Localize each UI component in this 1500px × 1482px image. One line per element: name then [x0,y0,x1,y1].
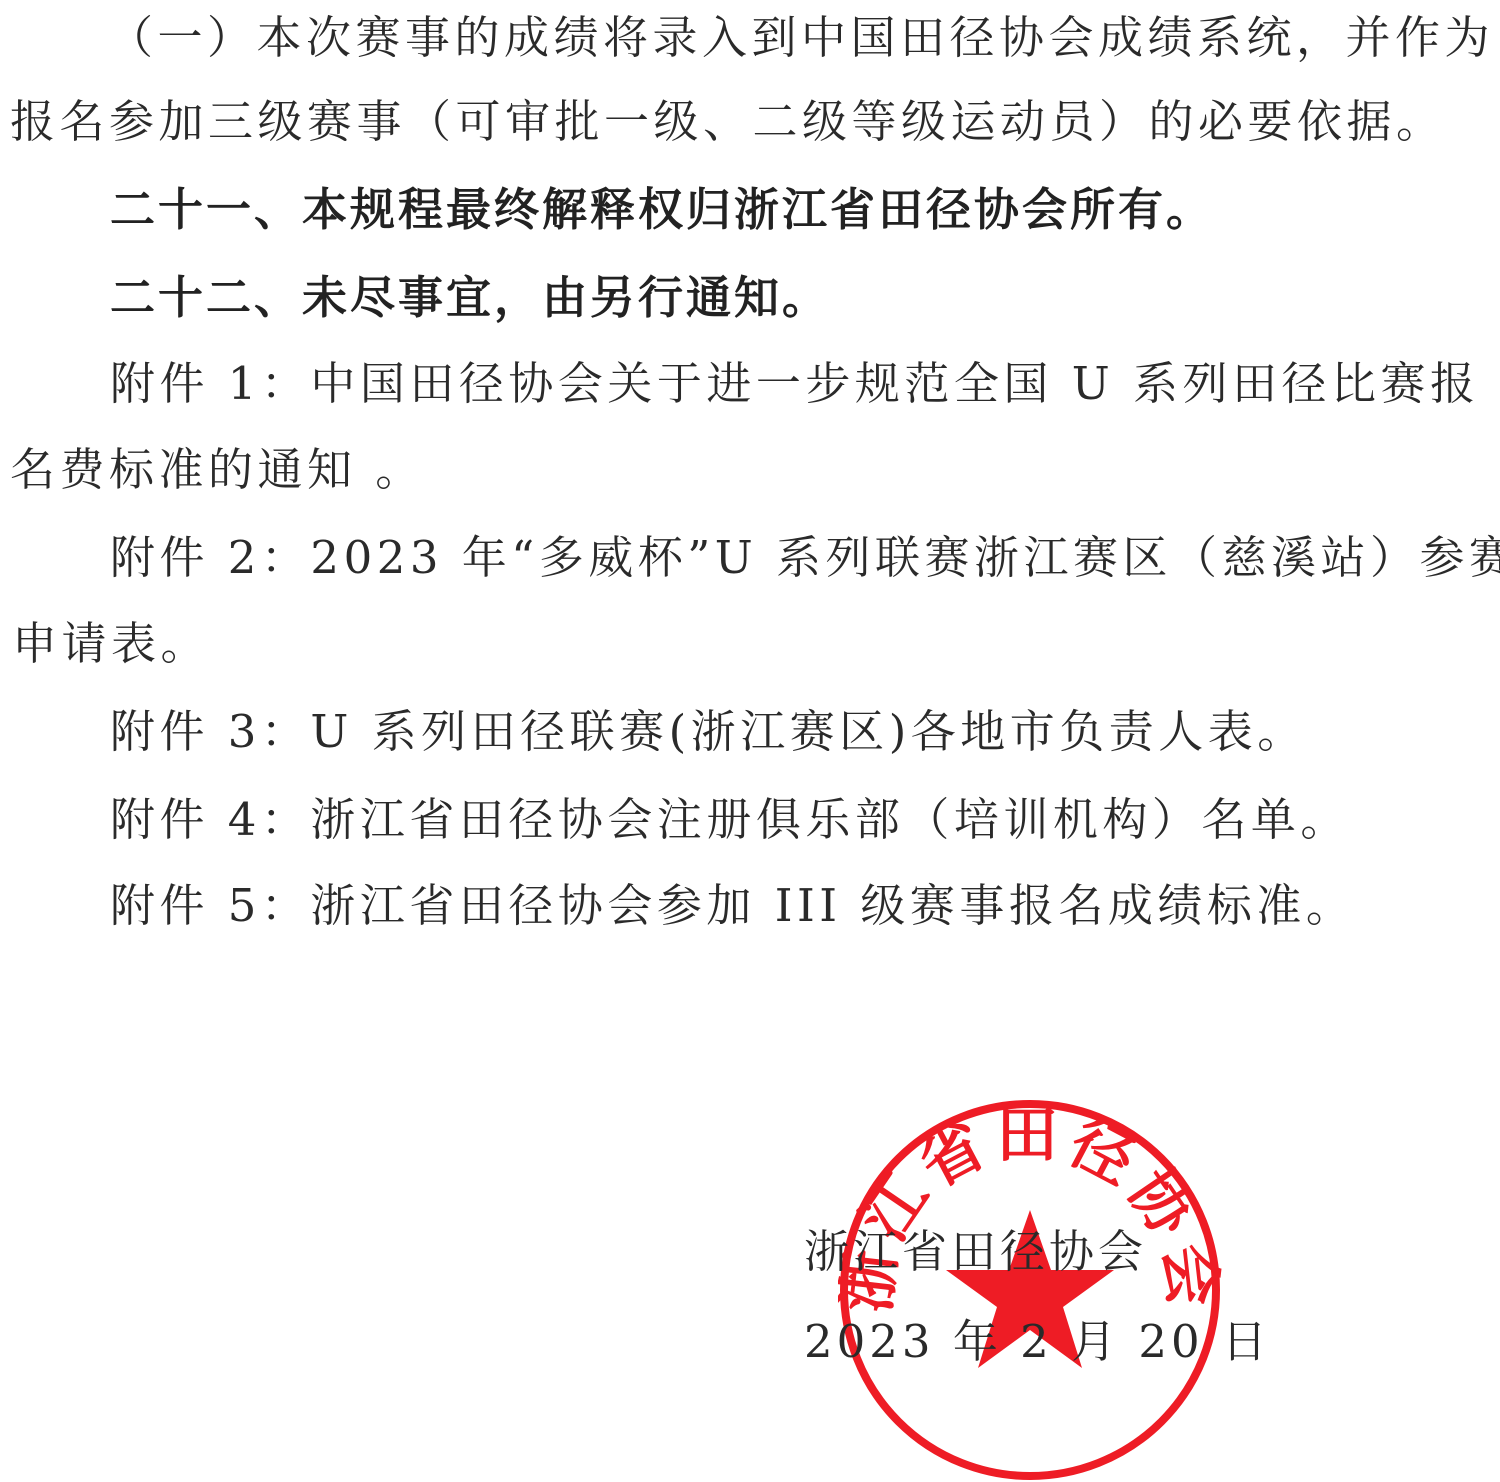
signature-organization: 浙江省田径协会 [804,1222,1147,1282]
article-21: 二十一、本规程最终解释权归浙江省田径协会所有。 [110,180,1214,240]
article-22: 二十二、未尽事宜，由另行通知。 [110,268,830,328]
attachment-1-line-2: 名费标准的通知 。 [10,440,425,500]
attachment-4: 附件 4：浙江省田径协会注册俱乐部（培训机构）名单。 [110,790,1350,850]
attachment-2-line-2: 申请表。 [12,614,210,674]
attachment-5: 附件 5：浙江省田径协会参加 III 级赛事报名成绩标准。 [110,876,1355,936]
official-seal-icon: 浙江省田径协会 [838,1098,1222,1482]
attachment-2-line-1: 附件 2：2023 年“多威杯”U 系列联赛浙江赛区（慈溪站）参赛 [110,528,1500,588]
paragraph-results-clause-line-2: 报名参加三级赛事（可审批一级、二级等级运动员）的必要依据。 [10,92,1446,152]
paragraph-results-clause-line-1: （一）本次赛事的成绩将录入到中国田径协会成绩系统，并作为 [108,8,1494,68]
attachment-3: 附件 3：U 系列田径联赛(浙江赛区)各地市负责人表。 [110,702,1307,762]
signature-date: 2023 年 2 月 20 日 [804,1312,1271,1372]
attachment-1-line-1: 附件 1：中国田径协会关于进一步规范全国 U 系列田径比赛报 [110,354,1479,414]
